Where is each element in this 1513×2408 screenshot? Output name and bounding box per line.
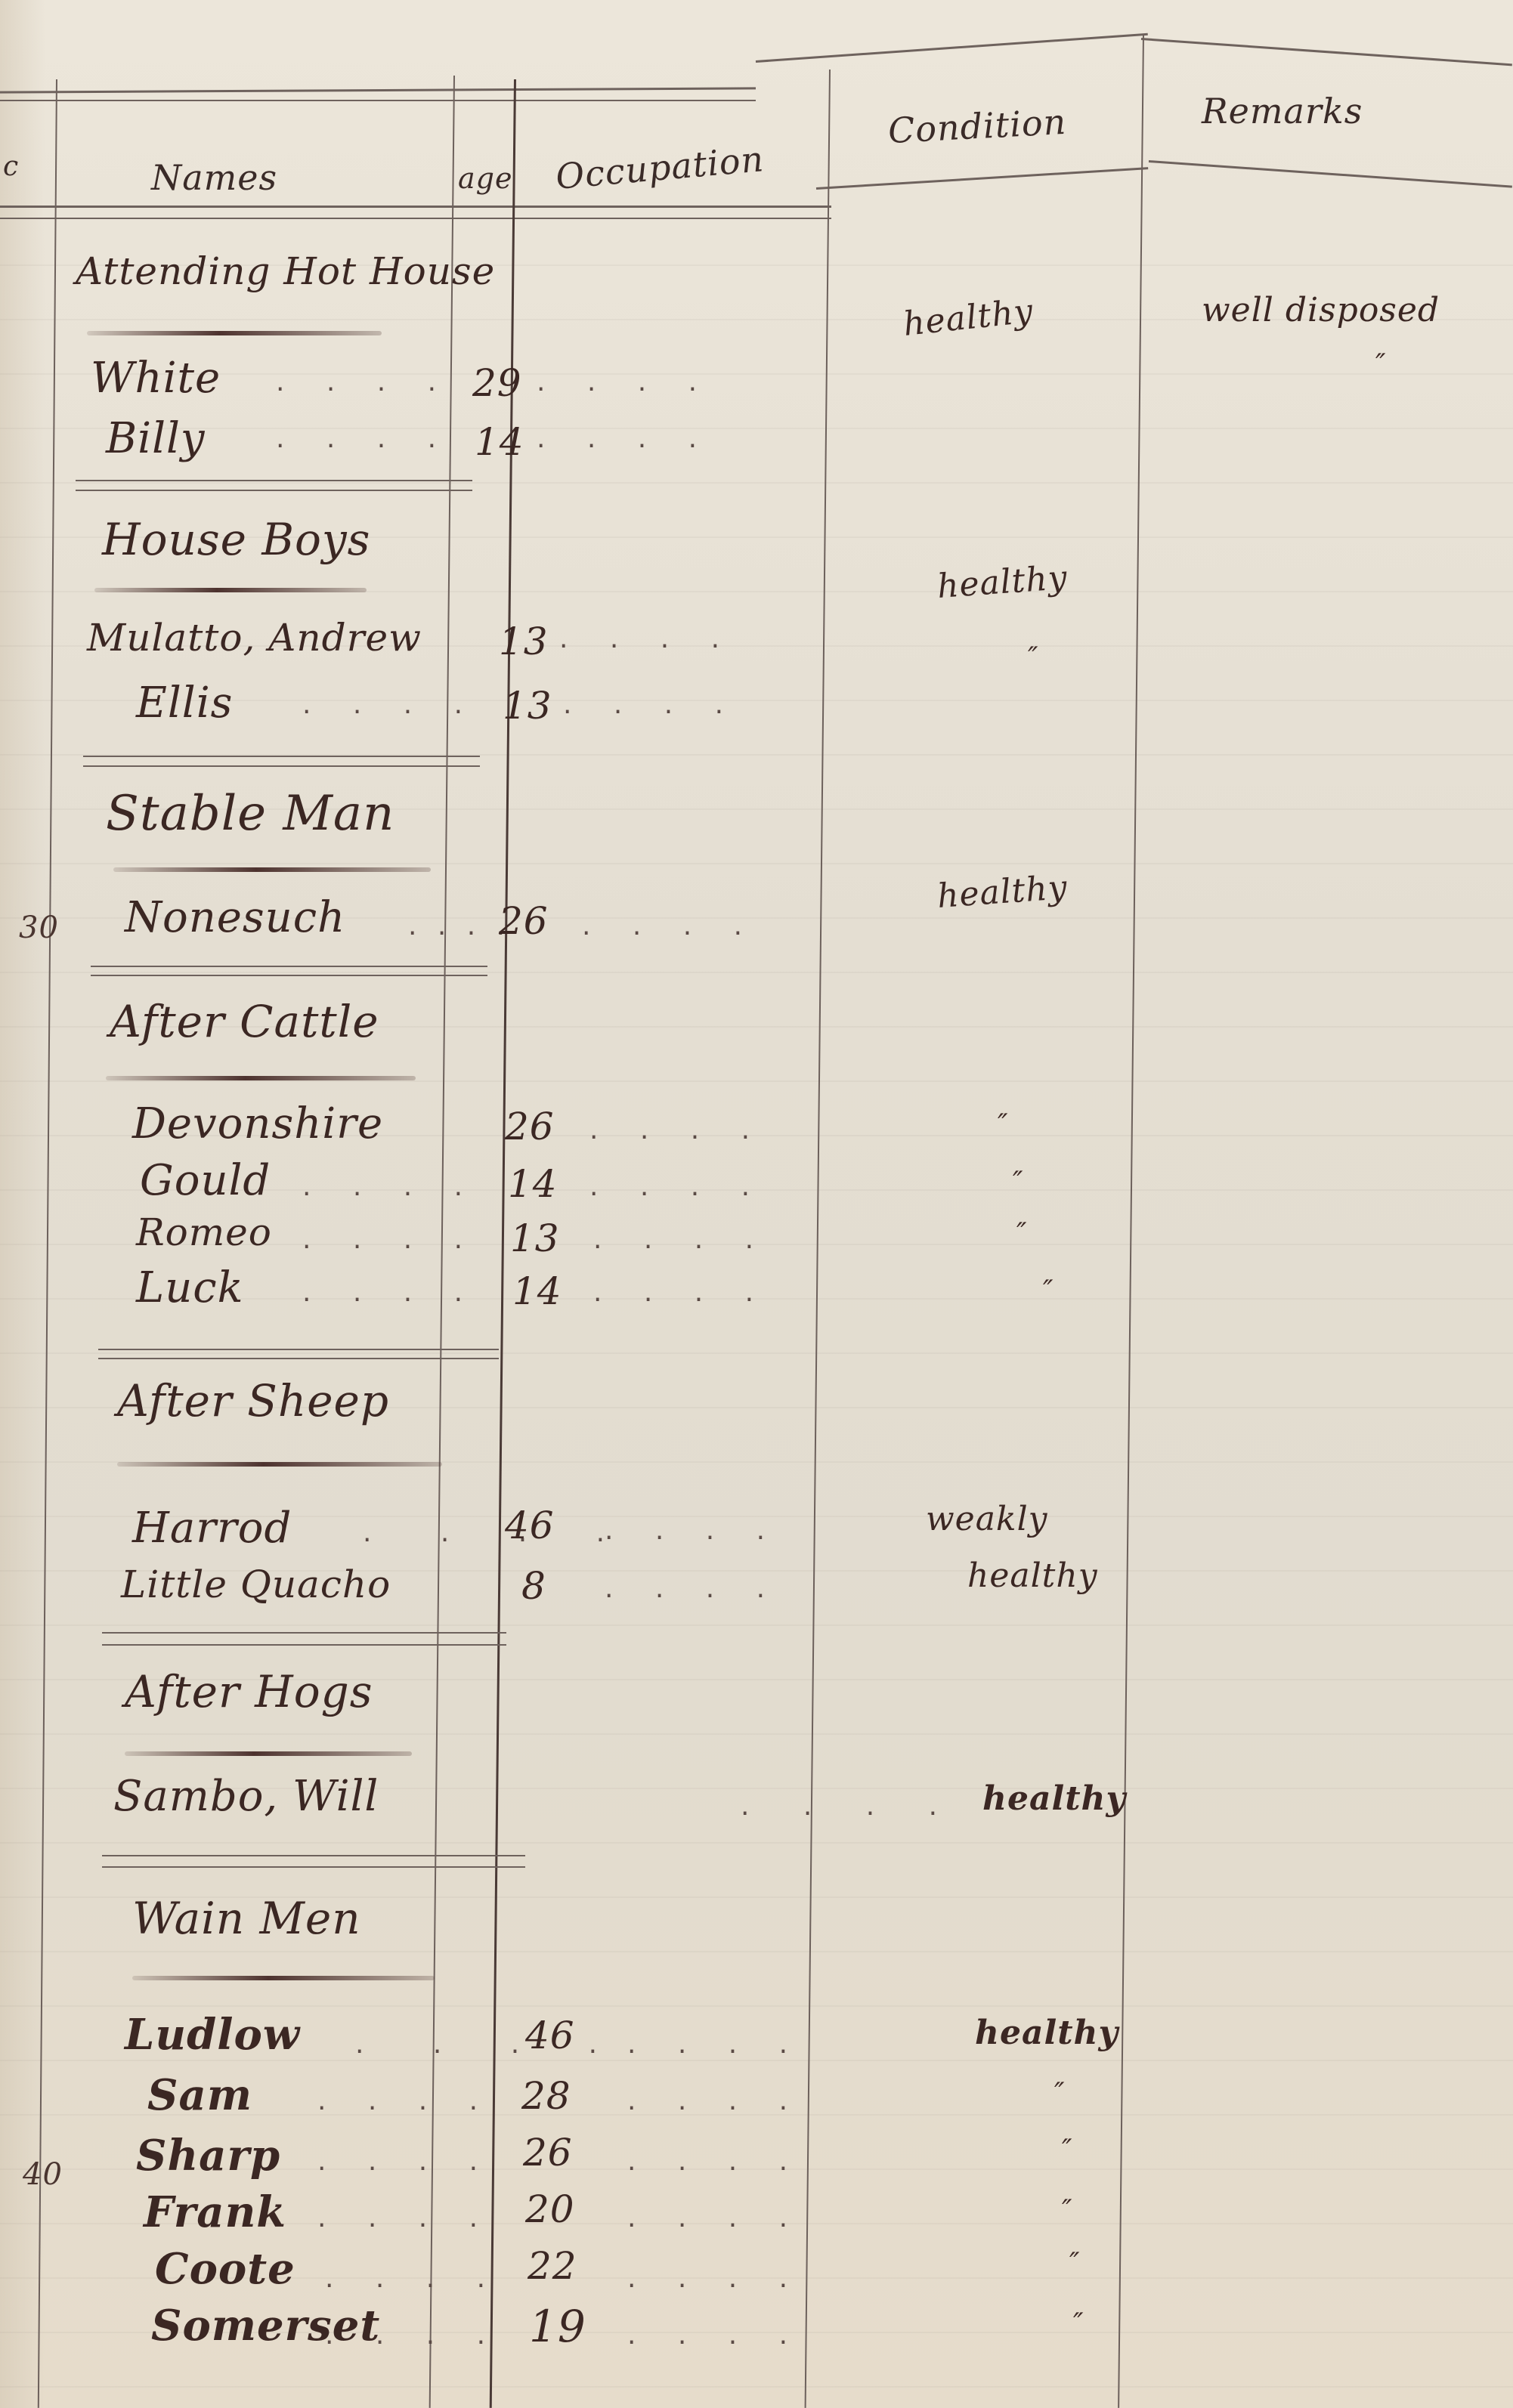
- header-bottom-rule-2: [0, 218, 831, 219]
- condition-cell: weakly: [926, 1500, 1048, 1538]
- group-label-attending-hot-house: Attending Hot House: [76, 249, 495, 293]
- leader-dots: . . . .: [741, 1791, 960, 1822]
- remarks-ditto: ″: [1375, 349, 1386, 380]
- leader-dots: . . . .: [537, 423, 713, 454]
- condition-ditto: ″: [1043, 1275, 1054, 1306]
- condition-cell: healthy: [967, 1556, 1098, 1595]
- age-cell: 22: [528, 2244, 577, 2288]
- name-cell: Romeo: [136, 1210, 272, 1254]
- group-label-wain-men: Wain Men: [132, 1893, 361, 1944]
- header-occupation: Occupation: [554, 138, 766, 197]
- leader-dots: . . . .: [325, 2263, 502, 2294]
- age-cell: 46: [505, 1504, 555, 1547]
- condition-ditto: ″: [1062, 2134, 1072, 2165]
- age-cell: 14: [512, 1269, 562, 1313]
- name-cell: Nonesuch: [125, 893, 345, 942]
- group-label-after-cattle: After Cattle: [110, 996, 379, 1047]
- age-cell: 28: [521, 2074, 571, 2118]
- leader-dots: . . . .: [559, 623, 736, 654]
- age-cell: 46: [525, 2014, 575, 2057]
- group-label-stable-man: Stable Man: [106, 786, 394, 842]
- condition-ditto: ″: [1069, 2248, 1080, 2279]
- group-divider: [102, 1866, 525, 1868]
- condition-cell: healthy: [975, 2014, 1119, 2052]
- leader-dots: . . . .: [325, 2320, 502, 2351]
- condition-ditto: ″: [1028, 642, 1038, 673]
- leader-dots: . . . .: [276, 366, 453, 397]
- name-cell: White: [91, 354, 221, 403]
- name-cell: Coote: [155, 2244, 295, 2294]
- leader-dots: . . . .: [593, 1277, 770, 1308]
- leader-dots: . . . .: [627, 2146, 804, 2177]
- name-cell: Little Quacho: [121, 1563, 391, 1606]
- leader-dots: . . . .: [605, 1573, 781, 1604]
- group-divider: [102, 1632, 506, 1634]
- group-divider: [83, 765, 480, 767]
- name-cell: Sam: [147, 2070, 252, 2120]
- age-cell: 13: [503, 684, 552, 728]
- name-cell: Ludlow: [125, 2010, 300, 2060]
- condition-cell: healthy: [902, 292, 1035, 344]
- header-condition: Condition: [887, 101, 1068, 151]
- condition-ditto: ″: [1054, 2078, 1065, 2109]
- remarks-cell: well disposed: [1202, 291, 1440, 329]
- age-cell: 13: [510, 1216, 560, 1260]
- register-page: c Names age Occupation Condition Remarks…: [0, 0, 1513, 2408]
- name-cell: Devonshire: [132, 1099, 383, 1148]
- group-divider: [83, 756, 480, 757]
- leader-dots: . . . .: [627, 2029, 804, 2060]
- condition-ditto: ″: [1016, 1218, 1027, 1249]
- group-label-after-hogs: After Hogs: [125, 1666, 373, 1717]
- header-bottom-rule: [0, 206, 831, 208]
- header-names: Names: [151, 157, 277, 198]
- leader-dots: . . . .: [302, 1171, 479, 1202]
- group-underline: [87, 331, 382, 335]
- header-bottom-rule-right: [816, 167, 1148, 190]
- group-divider: [98, 1358, 499, 1359]
- leader-dots: . . . .: [593, 1224, 770, 1255]
- condition-ditto: ″: [1073, 2308, 1084, 2339]
- leader-dots: . . . .: [627, 2202, 804, 2233]
- leader-dots: . . . .: [582, 910, 759, 941]
- col-divider-cond-remarks: [1118, 34, 1144, 2408]
- group-underline: [106, 1076, 416, 1080]
- leader-dots: . . . .: [317, 2146, 494, 2177]
- leader-dots: . . . .: [363, 1517, 635, 1548]
- group-label-house-boys: House Boys: [102, 514, 370, 565]
- leader-dots: . . . .: [317, 2085, 494, 2116]
- header-top-rule-far: [1141, 38, 1512, 66]
- name-cell: Sambo, Will: [113, 1772, 379, 1821]
- leader-dots: . . . .: [276, 423, 453, 454]
- condition-ditto: ″: [1062, 2195, 1072, 2226]
- group-underline: [132, 1976, 435, 1980]
- group-divider: [76, 480, 472, 481]
- col-divider-no: [38, 79, 57, 2408]
- condition-ditto: ″: [1013, 1167, 1023, 1198]
- condition-cell: healthy: [936, 558, 1069, 606]
- col-divider-occ-cond: [805, 70, 831, 2408]
- name-cell: Ellis: [136, 679, 233, 728]
- group-divider: [91, 975, 487, 976]
- leader-dots: . . . .: [563, 689, 740, 720]
- condition-ditto: ″: [998, 1109, 1008, 1140]
- group-label-after-sheep: After Sheep: [117, 1375, 389, 1427]
- leader-dots: . . . .: [355, 2029, 627, 2060]
- group-underline: [117, 1462, 442, 1467]
- leader-dots: . . . .: [605, 1515, 781, 1546]
- leader-dots: . . . .: [408, 910, 511, 941]
- name-cell: Harrod: [132, 1504, 292, 1553]
- age-cell: 8: [521, 1564, 546, 1608]
- age-cell: 20: [525, 2187, 575, 2231]
- header-top-rule-right: [756, 33, 1148, 63]
- margin-number: 30: [19, 910, 59, 945]
- condition-cell: healthy: [936, 868, 1069, 916]
- age-cell: 19: [529, 2301, 586, 2352]
- name-cell: Mulatto, Andrew: [87, 616, 422, 660]
- age-cell: 14: [475, 420, 524, 464]
- group-divider: [102, 1644, 506, 1646]
- group-divider: [91, 966, 487, 967]
- group-underline: [94, 588, 367, 592]
- header-bottom-rule-far: [1149, 160, 1512, 188]
- leader-dots: . . . .: [627, 2263, 804, 2294]
- leader-dots: . . . .: [537, 366, 713, 397]
- group-divider: [102, 1855, 525, 1856]
- age-cell: 29: [472, 361, 522, 405]
- age-cell: 26: [499, 899, 549, 943]
- condition-cell: healthy: [982, 1779, 1126, 1818]
- name-cell: Gould: [140, 1156, 271, 1205]
- header-top-rule: [0, 87, 756, 93]
- group-underline: [113, 867, 431, 872]
- name-cell: Sharp: [136, 2131, 280, 2181]
- group-underline: [125, 1751, 412, 1756]
- header-top-rule-2: [0, 100, 756, 101]
- leader-dots: . . . .: [589, 1171, 766, 1202]
- leader-dots: . . . .: [302, 1277, 479, 1308]
- leader-dots: . . . .: [627, 2085, 804, 2116]
- header-remarks: Remarks: [1202, 91, 1363, 131]
- leader-dots: . . . .: [627, 2320, 804, 2351]
- leader-dots: . . . .: [302, 689, 479, 720]
- group-divider: [98, 1349, 499, 1350]
- margin-number: 40: [23, 2157, 63, 2192]
- header-no: c: [3, 151, 19, 182]
- age-cell: 26: [523, 2131, 573, 2175]
- age-cell: 14: [508, 1162, 558, 1206]
- group-divider: [76, 490, 472, 491]
- name-cell: Luck: [136, 1263, 244, 1312]
- header-age: age: [458, 162, 512, 195]
- age-cell: 13: [499, 620, 549, 663]
- name-cell: Billy: [106, 414, 206, 463]
- age-cell: 26: [505, 1105, 555, 1148]
- leader-dots: . . . .: [302, 1224, 479, 1255]
- name-cell: Frank: [144, 2187, 286, 2237]
- leader-dots: . . . .: [317, 2202, 494, 2233]
- leader-dots: . . . .: [589, 1114, 766, 1145]
